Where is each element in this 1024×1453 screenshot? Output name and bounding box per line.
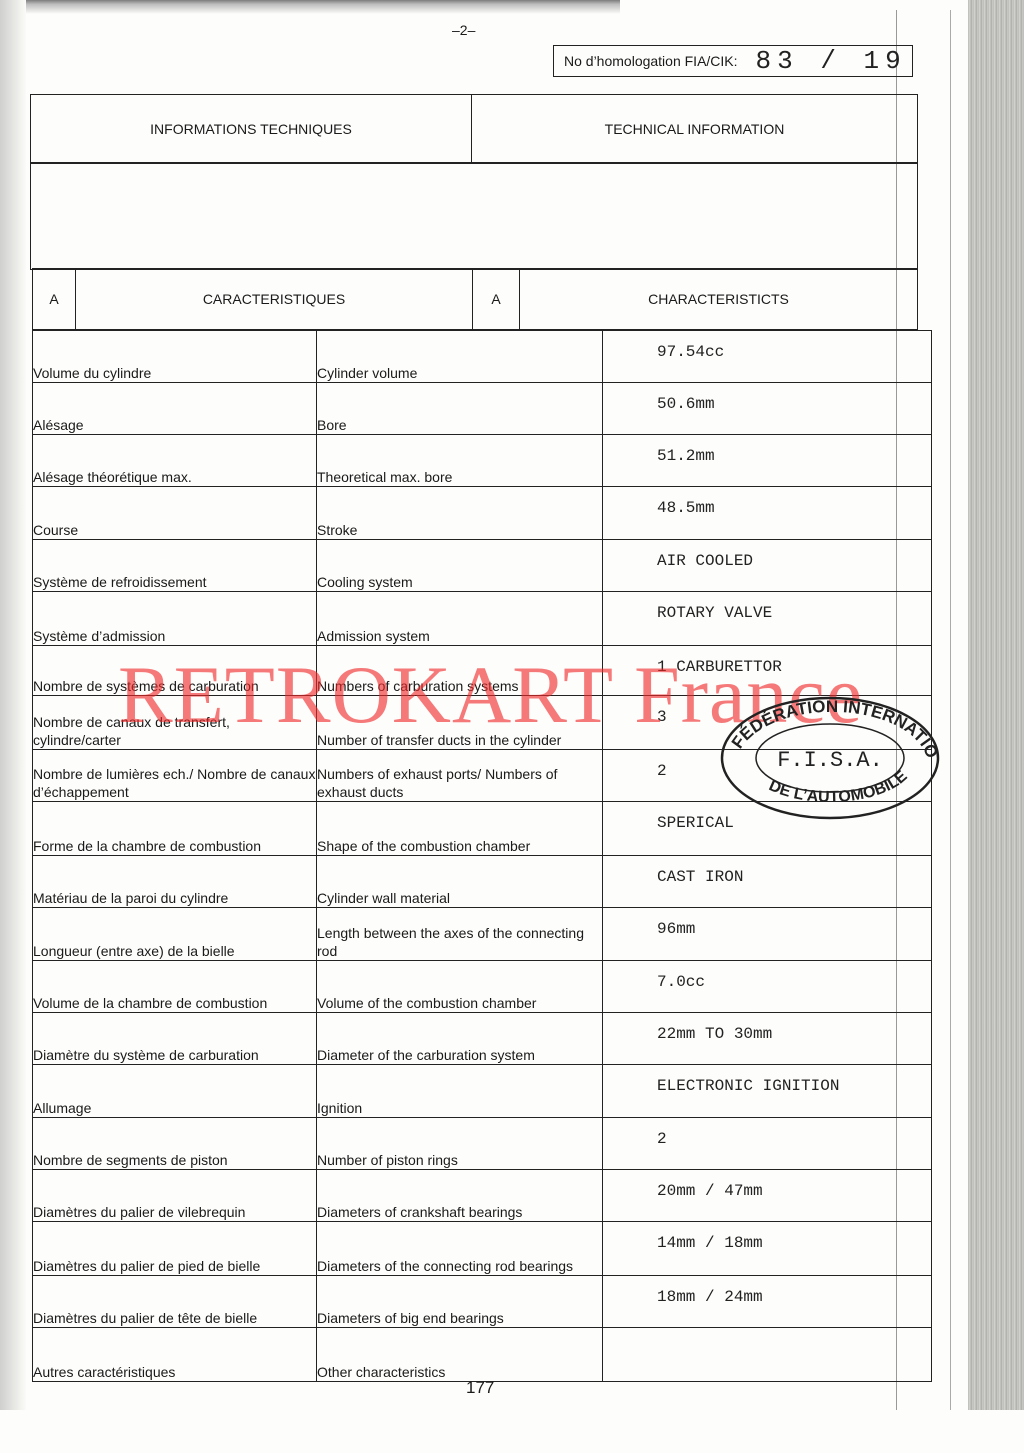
table-row: Diamètre du système de carburationDiamet… [33,1013,932,1065]
blank-cell [31,163,918,270]
table-row: AllumageIgnitionELECTRONIC IGNITION [33,1065,932,1118]
row-value: ROTARY VALVE [603,592,932,646]
row-value: 22mm TO 30mm [603,1013,932,1065]
row-label-fr: Nombre de systèmes de carburation [33,646,317,696]
row-label-fr: Diamètres du palier de pied de bielle [33,1222,317,1276]
table-row: Volume de la chambre de combustionVolume… [33,961,932,1013]
section-title-en: CHARACTERISTICTS [520,269,918,330]
table-row: Système de refroidissementCooling system… [33,540,932,592]
row-label-fr: Système d’admission [33,592,317,646]
blank-area [30,162,918,270]
row-label-en: Diameter of the carburation system [317,1013,603,1065]
homologation-number: 83 / 19 [756,46,907,76]
row-label-fr: Nombre de segments de piston [33,1118,317,1170]
section-letter-en: A [473,269,520,330]
row-label-en: Cylinder volume [317,331,603,383]
row-label-fr: Diamètres du palier de vilebrequin [33,1170,317,1222]
row-label-en: Numbers of carburation systems [317,646,603,696]
scan-page-edge-right [968,0,1024,1410]
row-value: 2 [603,1118,932,1170]
row-label-en: Theoretical max. bore [317,435,603,487]
homologation-label: No d’homologation FIA/CIK: [564,53,738,69]
row-value: 14mm / 18mm [603,1222,932,1276]
row-label-fr: Longueur (entre axe) de la bielle [33,908,317,961]
row-label-en: Admission system [317,592,603,646]
row-label-en: Shape of the combustion chamber [317,802,603,856]
scan-shadow-left [0,0,26,1410]
table-row: Diamètres du palier de vilebrequinDiamet… [33,1170,932,1222]
row-label-en: Number of piston rings [317,1118,603,1170]
table-row: Alésage théorétique max.Theoretical max.… [33,435,932,487]
top-page-marker: –2– [452,22,475,38]
row-label-en: Stroke [317,487,603,540]
section-letter-fr: A [33,269,76,330]
row-value: AIR COOLED [603,540,932,592]
row-label-fr: Course [33,487,317,540]
row-value: 18mm / 24mm [603,1276,932,1328]
row-label-fr: Diamètres du palier de tête de bielle [33,1276,317,1328]
row-value: 7.0cc [603,961,932,1013]
row-label-en: Diameters of crankshaft bearings [317,1170,603,1222]
row-label-en: Other characteristics [317,1328,603,1382]
row-value: 1 CARBURETTOR [603,646,932,696]
header-table: INFORMATIONS TECHNIQUES TECHNICAL INFORM… [30,94,918,164]
table-row: Système d’admissionAdmission systemROTAR… [33,592,932,646]
row-value: 97.54cc [603,331,932,383]
table-row: Nombre de lumières ech./ Nombre de canau… [33,750,932,802]
table-row: Diamètres du palier de pied de bielleDia… [33,1222,932,1276]
row-label-fr: Alésage [33,383,317,435]
row-label-fr: Nombre de lumières ech./ Nombre de canau… [33,750,317,802]
row-value: 96mm [603,908,932,961]
row-label-en: Length between the axes of the connectin… [317,908,603,961]
header-left-title: INFORMATIONS TECHNIQUES [31,95,472,164]
row-value: 2 [603,750,932,802]
row-label-fr: Matériau de la paroi du cylindre [33,856,317,908]
table-row: Forme de la chambre de combustionShape o… [33,802,932,856]
scan-shadow-top [0,0,620,14]
table-row: CourseStroke48.5mm [33,487,932,540]
table-row: Nombre de canaux de transfert, cylindre/… [33,696,932,750]
row-label-en: Ignition [317,1065,603,1118]
row-label-en: Cylinder wall material [317,856,603,908]
row-label-en: Volume of the combustion chamber [317,961,603,1013]
row-value: CAST IRON [603,856,932,908]
header-right-title: TECHNICAL INFORMATION [472,95,918,164]
row-label-en: Number of transfer ducts in the cylinder [317,696,603,750]
row-value: 20mm / 47mm [603,1170,932,1222]
row-label-fr: Alésage théorétique max. [33,435,317,487]
scan-fold-line-2 [950,10,951,1410]
row-value [603,1328,932,1382]
row-label-en: Bore [317,383,603,435]
row-label-en: Cooling system [317,540,603,592]
row-label-en: Diameters of the connecting rod bearings [317,1222,603,1276]
row-label-fr: Volume de la chambre de combustion [33,961,317,1013]
bottom-page-number: 177 [466,1378,494,1398]
table-row: AlésageBore50.6mm [33,383,932,435]
row-label-fr: Allumage [33,1065,317,1118]
table-row: Diamètres du palier de tête de bielleDia… [33,1276,932,1328]
characteristics-table: Volume du cylindreCylinder volume97.54cc… [32,330,932,1382]
table-row: Autres caractéristiquesOther characteris… [33,1328,932,1382]
row-label-fr: Diamètre du système de carburation [33,1013,317,1065]
row-label-fr: Forme de la chambre de combustion [33,802,317,856]
section-title-fr: CARACTERISTIQUES [76,269,473,330]
section-header-table: A CARACTERISTIQUES A CHARACTERISTICTS [32,268,918,330]
row-value: 48.5mm [603,487,932,540]
row-label-fr: Système de refroidissement [33,540,317,592]
row-value: 50.6mm [603,383,932,435]
row-label-en: Diameters of big end bearings [317,1276,603,1328]
row-value: SPERICAL [603,802,932,856]
homologation-box: No d’homologation FIA/CIK: 83 / 19 [553,45,913,77]
table-row: Matériau de la paroi du cylindreCylinder… [33,856,932,908]
row-label-fr: Volume du cylindre [33,331,317,383]
row-value: 51.2mm [603,435,932,487]
row-value: ELECTRONIC IGNITION [603,1065,932,1118]
table-row: Volume du cylindreCylinder volume97.54cc [33,331,932,383]
row-label-fr: Autres caractéristiques [33,1328,317,1382]
row-label-fr: Nombre de canaux de transfert, cylindre/… [33,696,317,750]
row-label-en: Numbers of exhaust ports/ Numbers of exh… [317,750,603,802]
table-row: Nombre de segments de pistonNumber of pi… [33,1118,932,1170]
row-value: 3 [603,696,932,750]
table-row: Longueur (entre axe) de la bielleLength … [33,908,932,961]
table-row: Nombre de systèmes de carburationNumbers… [33,646,932,696]
